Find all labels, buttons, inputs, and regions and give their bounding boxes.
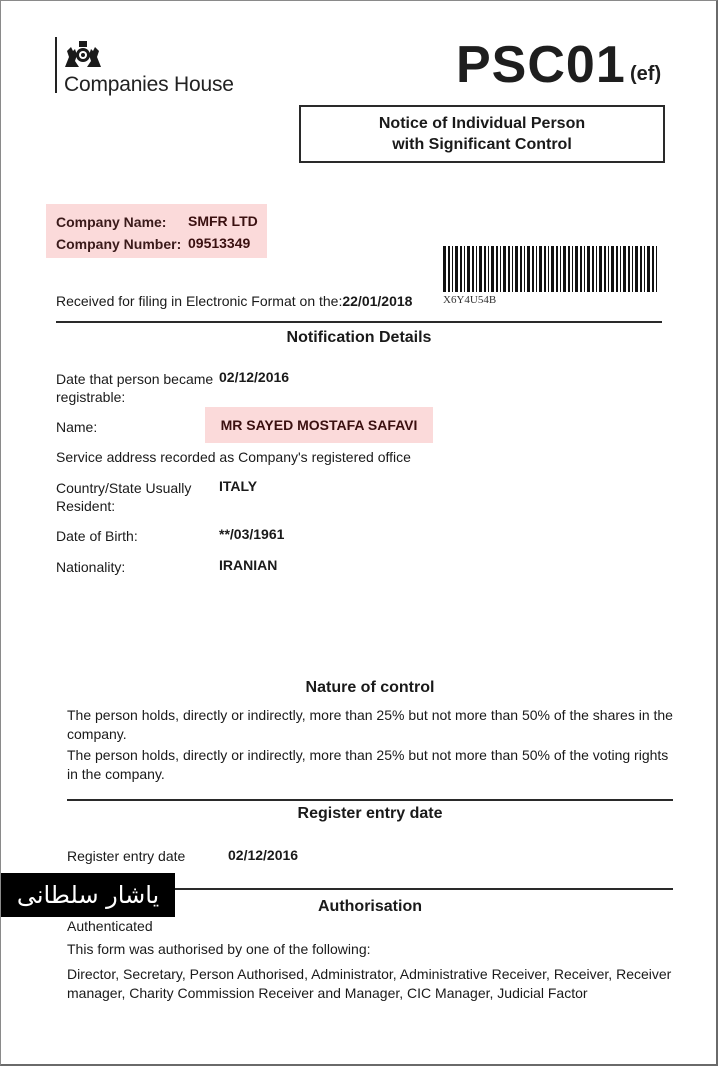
country-value: ITALY — [219, 478, 257, 494]
register-entry-label: Register entry date — [67, 847, 185, 865]
barcode-id: X6Y4U54B — [443, 294, 496, 306]
registrable-label: Date that person became registrable: — [56, 370, 213, 406]
section-title-notification: Notification Details — [56, 329, 662, 347]
authorisation-intro: This form was authorised by one of the f… — [67, 940, 371, 958]
form-code: PSC01 — [456, 35, 626, 95]
register-entry-value: 02/12/2016 — [228, 847, 298, 863]
company-number-value: 09513349 — [188, 235, 250, 251]
country-label: Country/State Usually Resident: — [56, 479, 191, 515]
authorisation-roles: Director, Secretary, Person Authorised, … — [67, 965, 677, 1003]
form-title-line2: with Significant Control — [392, 134, 572, 155]
control-statement: The person holds, directly or indirectly… — [67, 746, 677, 784]
watermark-label: یاشار سلطانی — [1, 873, 175, 917]
nationality-label: Nationality: — [56, 558, 125, 576]
company-number-label: Company Number: — [56, 236, 181, 252]
received-label: Received for filing in Electronic Format… — [56, 293, 342, 309]
logo-divider — [55, 37, 57, 93]
section-title-nature-of-control: Nature of control — [67, 679, 673, 697]
form-title-line1: Notice of Individual Person — [379, 113, 585, 134]
divider-rule — [67, 799, 673, 801]
form-suffix: (ef) — [630, 63, 661, 86]
name-label: Name: — [56, 418, 97, 436]
received-date: 22/01/2018 — [342, 293, 412, 309]
org-name: Companies House — [64, 73, 234, 97]
received-line: Received for filing in Electronic Format… — [56, 293, 412, 309]
document-page: Companies House PSC01 (ef) Notice of Ind… — [0, 0, 718, 1066]
country-label-line2: Resident: — [56, 497, 191, 515]
company-name-value: SMFR LTD — [188, 213, 258, 229]
form-title-box: Notice of Individual Person with Signifi… — [299, 105, 665, 163]
control-statement: The person holds, directly or indirectly… — [67, 706, 677, 744]
person-name-highlight: MR SAYED MOSTAFA SAFAVI — [205, 407, 433, 443]
person-name-value: MR SAYED MOSTAFA SAFAVI — [221, 417, 418, 433]
section-title-register-entry: Register entry date — [67, 805, 673, 823]
service-address-text: Service address recorded as Company's re… — [56, 448, 411, 466]
country-label-line1: Country/State Usually — [56, 479, 191, 497]
registrable-label-line2: registrable: — [56, 388, 213, 406]
barcode-icon — [443, 246, 659, 292]
registrable-label-line1: Date that person became — [56, 370, 213, 388]
dob-value: **/03/1961 — [219, 526, 284, 542]
royal-crest-icon — [63, 39, 103, 69]
registrable-value: 02/12/2016 — [219, 369, 289, 385]
authorisation-status: Authenticated — [67, 917, 153, 935]
nationality-value: IRANIAN — [219, 557, 277, 573]
company-name-label: Company Name: — [56, 214, 166, 230]
divider-rule — [56, 321, 662, 323]
dob-label: Date of Birth: — [56, 527, 138, 545]
